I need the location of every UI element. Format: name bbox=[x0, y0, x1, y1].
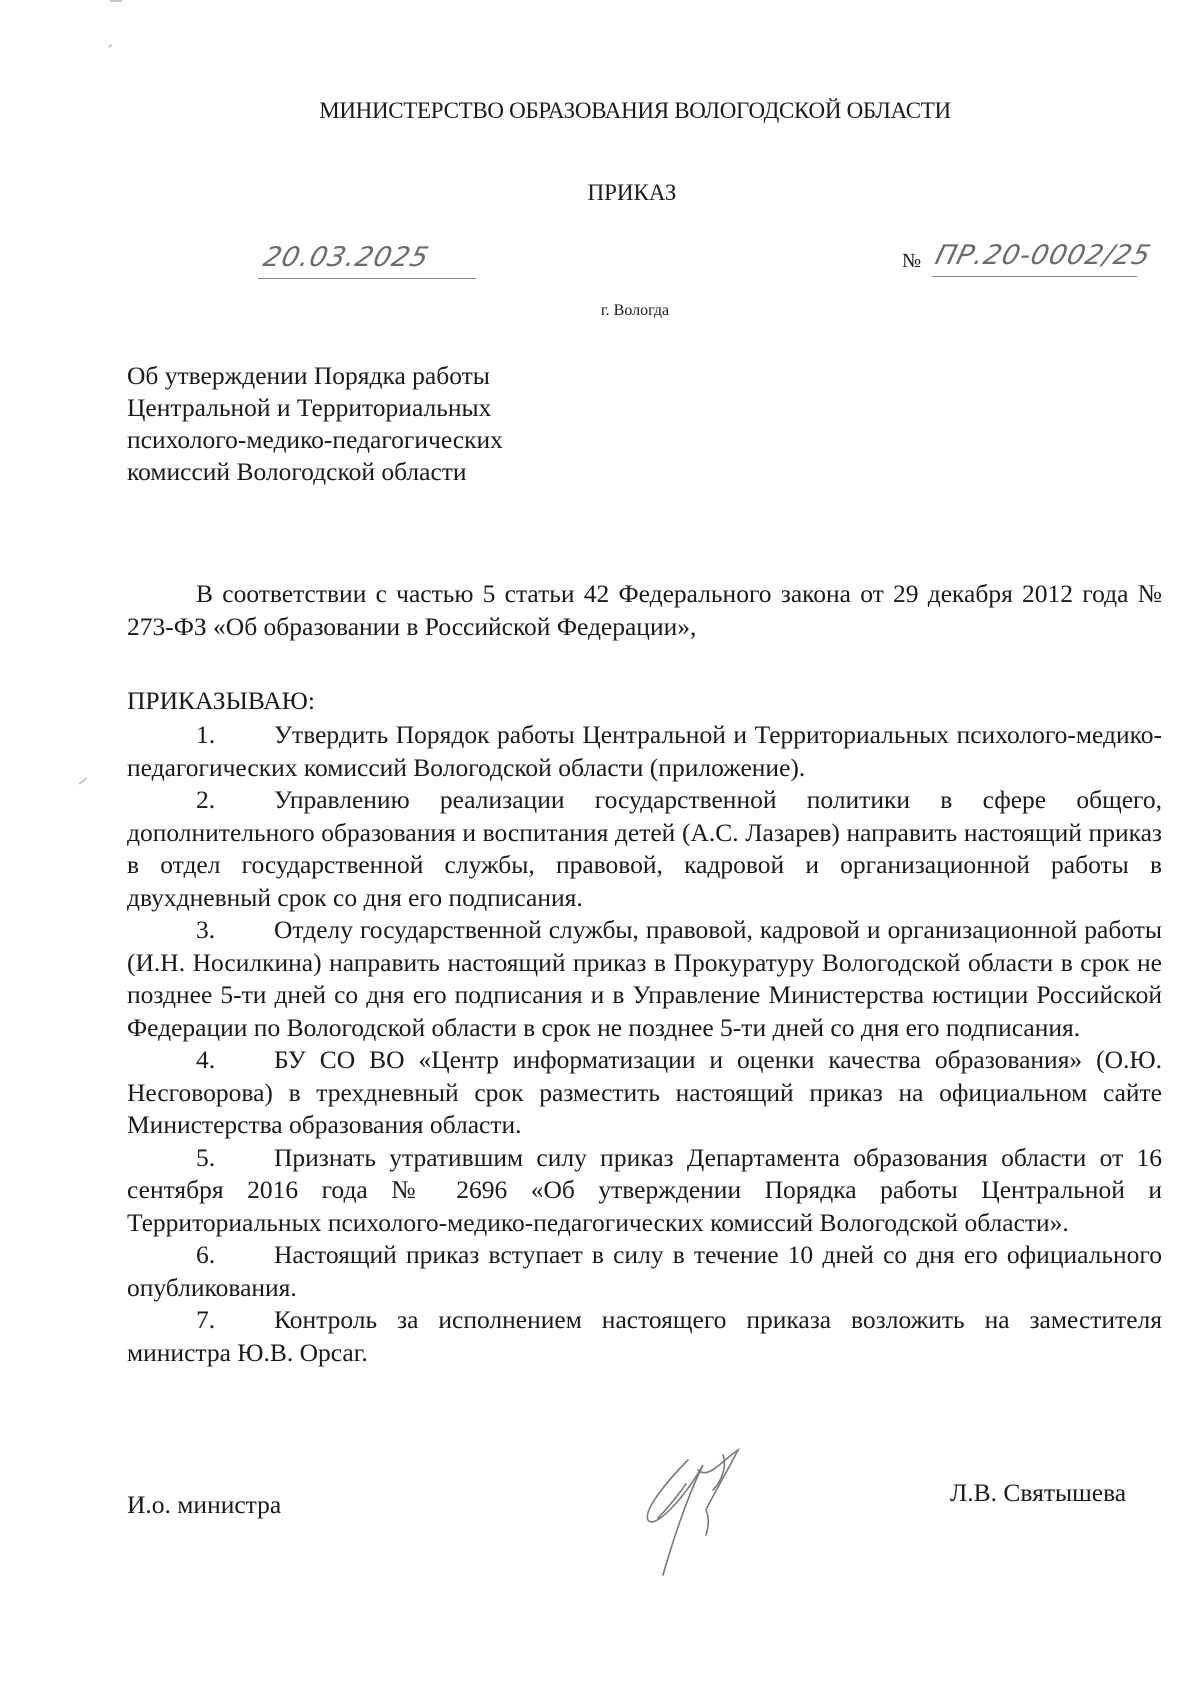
item-text: Контроль за исполнением настоящего прика… bbox=[127, 1305, 1162, 1367]
scan-artifact bbox=[79, 777, 88, 785]
handwritten-signature-icon bbox=[628, 1440, 778, 1590]
preamble: В соответствии с частью 5 статьи 42 Феде… bbox=[127, 578, 1162, 643]
order-number-field: № ПР.20-0002/25 bbox=[902, 240, 1142, 278]
order-item: 4.БУ СО ВО «Центр информатизации и оценк… bbox=[127, 1044, 1162, 1142]
signatory-role: И.о. министра bbox=[127, 1490, 281, 1520]
order-item: 3.Отделу государственной службы, правово… bbox=[127, 914, 1162, 1044]
order-date-handwritten: 20.03.2025 bbox=[260, 242, 432, 273]
order-number-handwritten: ПР.20-0002/25 bbox=[932, 240, 1154, 271]
item-number: 3. bbox=[196, 914, 274, 947]
city: г. Вологда bbox=[0, 302, 1200, 320]
item-number: 2. bbox=[196, 784, 274, 817]
item-text: БУ СО ВО «Центр информатизации и оценки … bbox=[127, 1045, 1162, 1139]
item-text: Признать утратившим силу приказ Департам… bbox=[127, 1143, 1162, 1237]
order-item: 7.Контроль за исполнением настоящего при… bbox=[127, 1304, 1162, 1369]
item-number: 4. bbox=[196, 1044, 274, 1077]
item-number: 6. bbox=[196, 1239, 274, 1272]
scan-artifact bbox=[110, 0, 122, 2]
order-item: 6.Настоящий приказ вступает в силу в теч… bbox=[127, 1239, 1162, 1304]
subject-line: Центральной и Территориальных bbox=[127, 392, 503, 424]
document-type: ПРИКАЗ bbox=[0, 180, 1200, 206]
item-number: 7. bbox=[196, 1304, 274, 1337]
item-number: 1. bbox=[196, 719, 274, 752]
order-subject: Об утверждении Порядка работы Центрально… bbox=[127, 360, 503, 488]
item-text: Отделу государственной службы, правовой,… bbox=[127, 915, 1162, 1042]
order-date-field: 20.03.2025 bbox=[258, 240, 476, 279]
number-sign: № bbox=[902, 250, 921, 273]
order-item: 1.Утвердить Порядок работы Центральной и… bbox=[127, 719, 1162, 784]
subject-line: психолого-медико-педагогических bbox=[127, 424, 503, 456]
order-word: ПРИКАЗЫВАЮ: bbox=[127, 686, 315, 716]
subject-line: комиссий Вологодской области bbox=[127, 456, 503, 488]
item-number: 5. bbox=[196, 1142, 274, 1175]
preamble-text: В соответствии с частью 5 статьи 42 Феде… bbox=[127, 578, 1162, 643]
item-text: Утвердить Порядок работы Центральной и Т… bbox=[127, 720, 1162, 782]
item-text: Управлению реализации государственной по… bbox=[127, 785, 1162, 912]
order-items: 1.Утвердить Порядок работы Центральной и… bbox=[127, 719, 1162, 1369]
item-text: Настоящий приказ вступает в силу в течен… bbox=[127, 1240, 1162, 1302]
ministry-header: МИНИСТЕРСТВО ОБРАЗОВАНИЯ ВОЛОГОДСКОЙ ОБЛ… bbox=[0, 98, 1200, 124]
order-item: 5.Признать утратившим силу приказ Департ… bbox=[127, 1142, 1162, 1240]
order-item: 2.Управлению реализации государственной … bbox=[127, 784, 1162, 914]
subject-line: Об утверждении Порядка работы bbox=[127, 360, 503, 392]
signatory-name: Л.В. Святышева bbox=[950, 1478, 1126, 1508]
scan-artifact bbox=[108, 44, 112, 48]
